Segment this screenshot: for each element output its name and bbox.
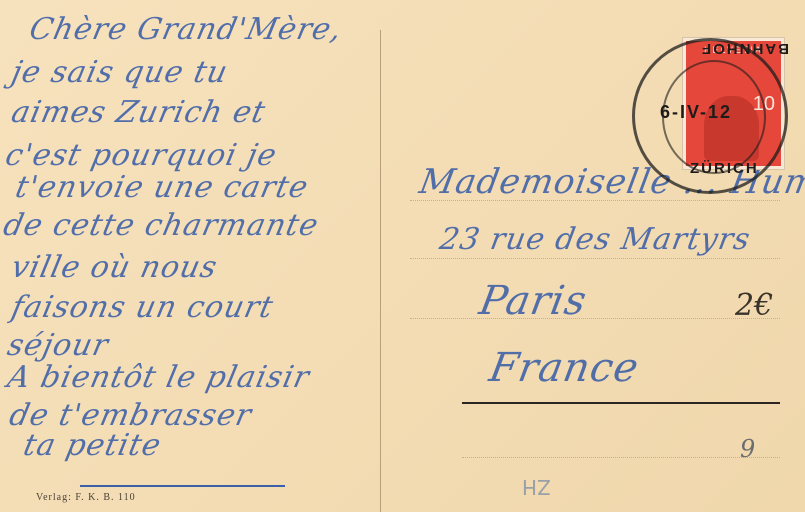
message-line: c'est pourquoi je [2, 138, 280, 173]
center-divider [380, 30, 381, 512]
message-line: t'envoie une carte [12, 170, 311, 205]
pencil-lower-note: 9 [740, 435, 755, 463]
message-line: je sais que tu [8, 55, 231, 90]
signature-underline [80, 485, 285, 487]
recipient-street: 23 rue des Martyrs [437, 222, 753, 257]
grey-mark: ZH [522, 475, 551, 499]
address-line-2 [410, 258, 780, 259]
message-line: aimes Zurich et [8, 95, 269, 130]
postcard-back: Chère Grand'Mère, je sais que tu aimes Z… [0, 0, 805, 512]
address-line-4 [462, 402, 780, 404]
address-line-3 [410, 318, 780, 319]
recipient-city: Paris [476, 278, 591, 324]
message-line: ville où nous [8, 250, 220, 285]
message-line: de cette charmante [0, 208, 322, 243]
message-line: Chère Grand'Mère, [26, 12, 345, 47]
postmark-bottom-text: ZÜRICH [690, 160, 759, 177]
postmark-date: 6-IV-12 [660, 102, 732, 123]
recipient-country: France [486, 345, 643, 391]
pencil-price-note: 2€ [735, 288, 773, 323]
message-line: faisons un court [8, 290, 277, 325]
message-line: ta petite [20, 428, 164, 463]
address-line-5 [462, 457, 780, 458]
publisher-imprint: Verlag: F. K. B. 110 [36, 492, 136, 503]
postmark-top-text: BAHNHOF [700, 40, 789, 57]
message-line: séjour [4, 328, 112, 363]
message-line: A bientôt le plaisir [4, 360, 313, 395]
